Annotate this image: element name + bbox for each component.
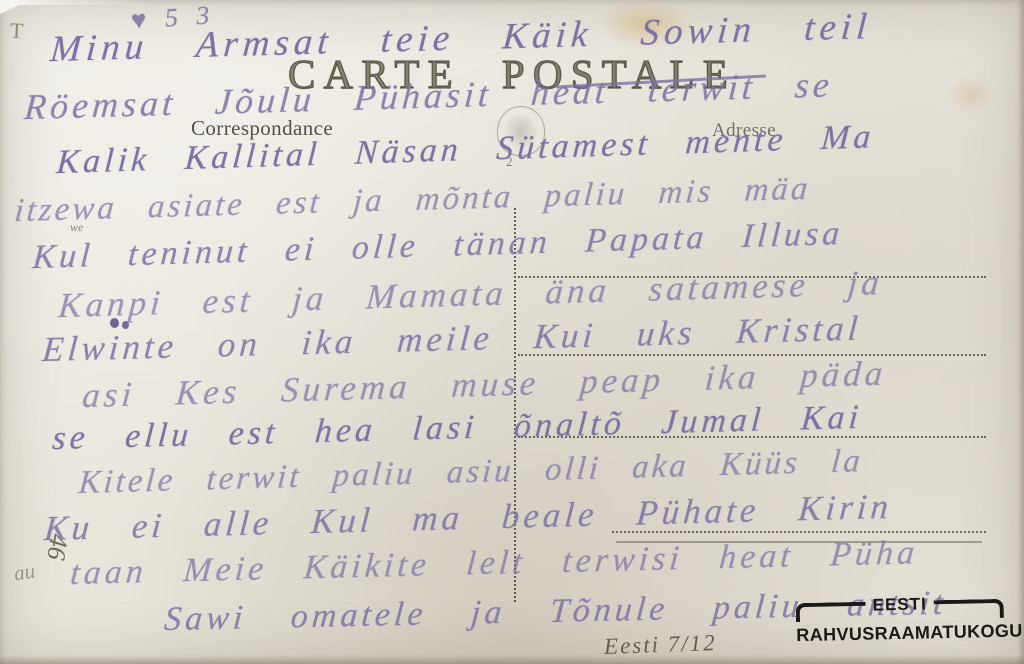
paper-stain <box>948 78 994 112</box>
stamp-text-eesti: EESTI <box>865 595 933 613</box>
divider-line <box>514 208 516 602</box>
stamp-text-rahvusraamatukogu: RAHVUSRAAMATUKOGU <box>796 621 1004 646</box>
pencil-mark-side-number: 46 <box>40 532 73 562</box>
pencil-catalog-note: Eesti 7/12 <box>604 630 717 660</box>
pencil-mark-top-left: T <box>9 18 24 45</box>
paper-corner-wear <box>0 0 30 14</box>
library-stamp-bracket: EESTI <box>796 594 1004 622</box>
paper-edge-shadow-right <box>1017 0 1024 664</box>
paper-edge-shadow <box>0 655 1024 664</box>
pencil-mark-left-note: au <box>12 559 36 587</box>
pencil-mark-small-note: we <box>70 220 83 235</box>
stamp-bracket-right <box>934 599 1004 619</box>
stamp-bracket-left <box>796 602 866 622</box>
postcard-scan: CARTE POSTALE Correspondance Adresse 2 ♥… <box>0 0 1024 664</box>
library-stamp: EESTI RAHVUSRAAMATUKOGU <box>796 594 1005 646</box>
